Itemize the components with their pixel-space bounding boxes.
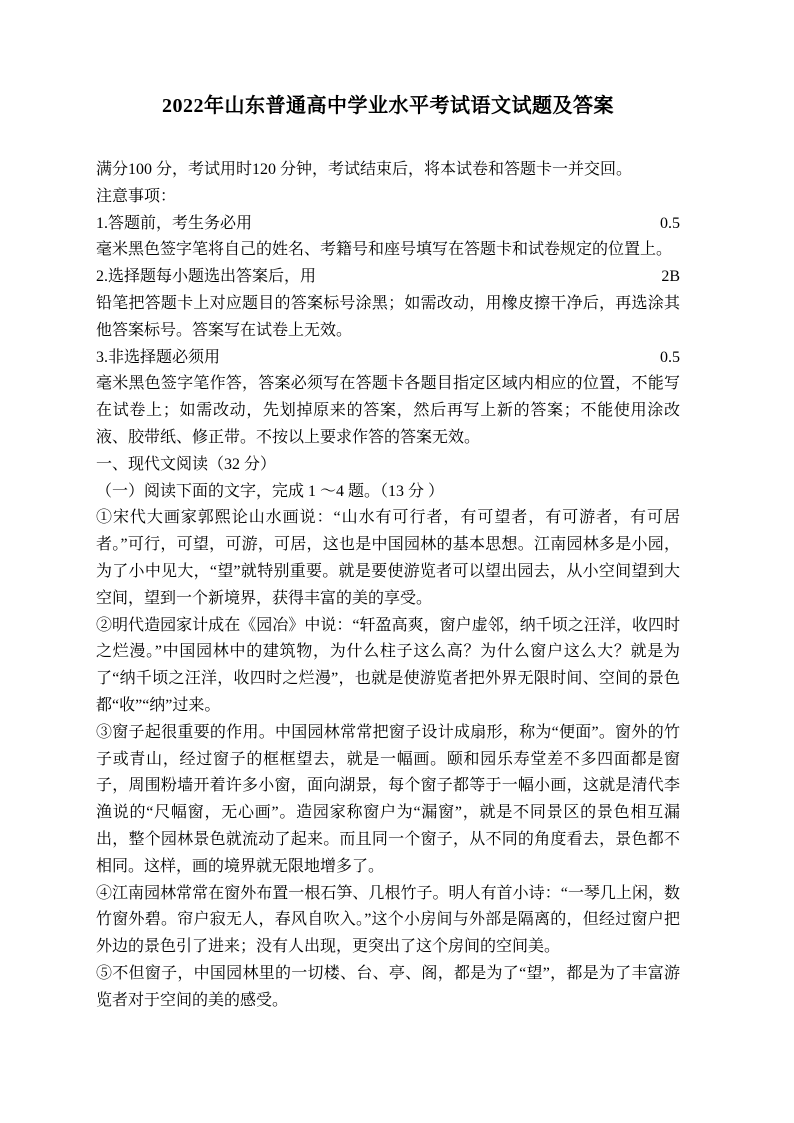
note-3-first-line: 3.非选择题必须用 0.5	[96, 345, 680, 372]
note-3-continuation: 毫米黑色签字笔作答，答案必须写在答题卡各题目指定区域内相应的位置，不能写在试卷上…	[96, 371, 680, 451]
note-3-lead: 3.非选择题必须用	[96, 345, 220, 372]
document-page: 2022年山东普通高中学业水平考试语文试题及答案 满分100 分，考试用时120…	[0, 0, 794, 1123]
note-1-value: 0.5	[660, 211, 680, 238]
reading-paragraph-5: ⑤不但窗子，中国园林里的一切楼、台、亭、阁，都是为了“望”，都是为了丰富游览者对…	[96, 961, 680, 1015]
note-3-value: 0.5	[660, 345, 680, 372]
intro-line: 满分100 分，考试用时120 分钟，考试结束后，将本试卷和答题卡一并交回。	[96, 157, 680, 184]
reading-paragraph-4: ④江南园林常常在窗外布置一根石笋、几根竹子。明人有首小诗：“一琴几上闲，数竹窗外…	[96, 881, 680, 961]
section-heading: 一、现代文阅读（32 分）	[96, 452, 680, 479]
note-2-value: 2B	[661, 264, 680, 291]
note-2-first-line: 2.选择题每小题选出答案后，用 2B	[96, 264, 680, 291]
note-1-continuation: 毫米黑色签字笔将自己的姓名、考籍号和座号填写在答题卡和试卷规定的位置上。	[96, 237, 680, 264]
notice-heading: 注意事项：	[96, 184, 680, 211]
note-2-continuation: 铅笔把答题卡上对应题目的答案标号涂黑；如需改动，用橡皮擦干净后，再选涂其他答案标…	[96, 291, 680, 345]
reading-paragraph-1: ①宋代大画家郭熙论山水画说：“山水有可行者，有可望者，有可游者，有可居者。”可行…	[96, 505, 680, 612]
document-title: 2022年山东普通高中学业水平考试语文试题及答案	[96, 92, 680, 120]
note-2-lead: 2.选择题每小题选出答案后，用	[96, 264, 316, 291]
subsection-heading: （一）阅读下面的文字，完成 1 ～4 题。（13 分 ）	[96, 479, 680, 506]
note-1-lead: 1.答题前，考生务必用	[96, 211, 252, 238]
reading-paragraph-3: ③窗子起很重要的作用。中国园林常常把窗子设计成扇形，称为“便面”。窗外的竹子或青…	[96, 720, 680, 881]
reading-paragraph-2: ②明代造园家计成在《园冶》中说：“轩盈高爽，窗户虚邻，纳千顷之汪洋，收四时之烂漫…	[96, 613, 680, 720]
note-1-first-line: 1.答题前，考生务必用 0.5	[96, 211, 680, 238]
